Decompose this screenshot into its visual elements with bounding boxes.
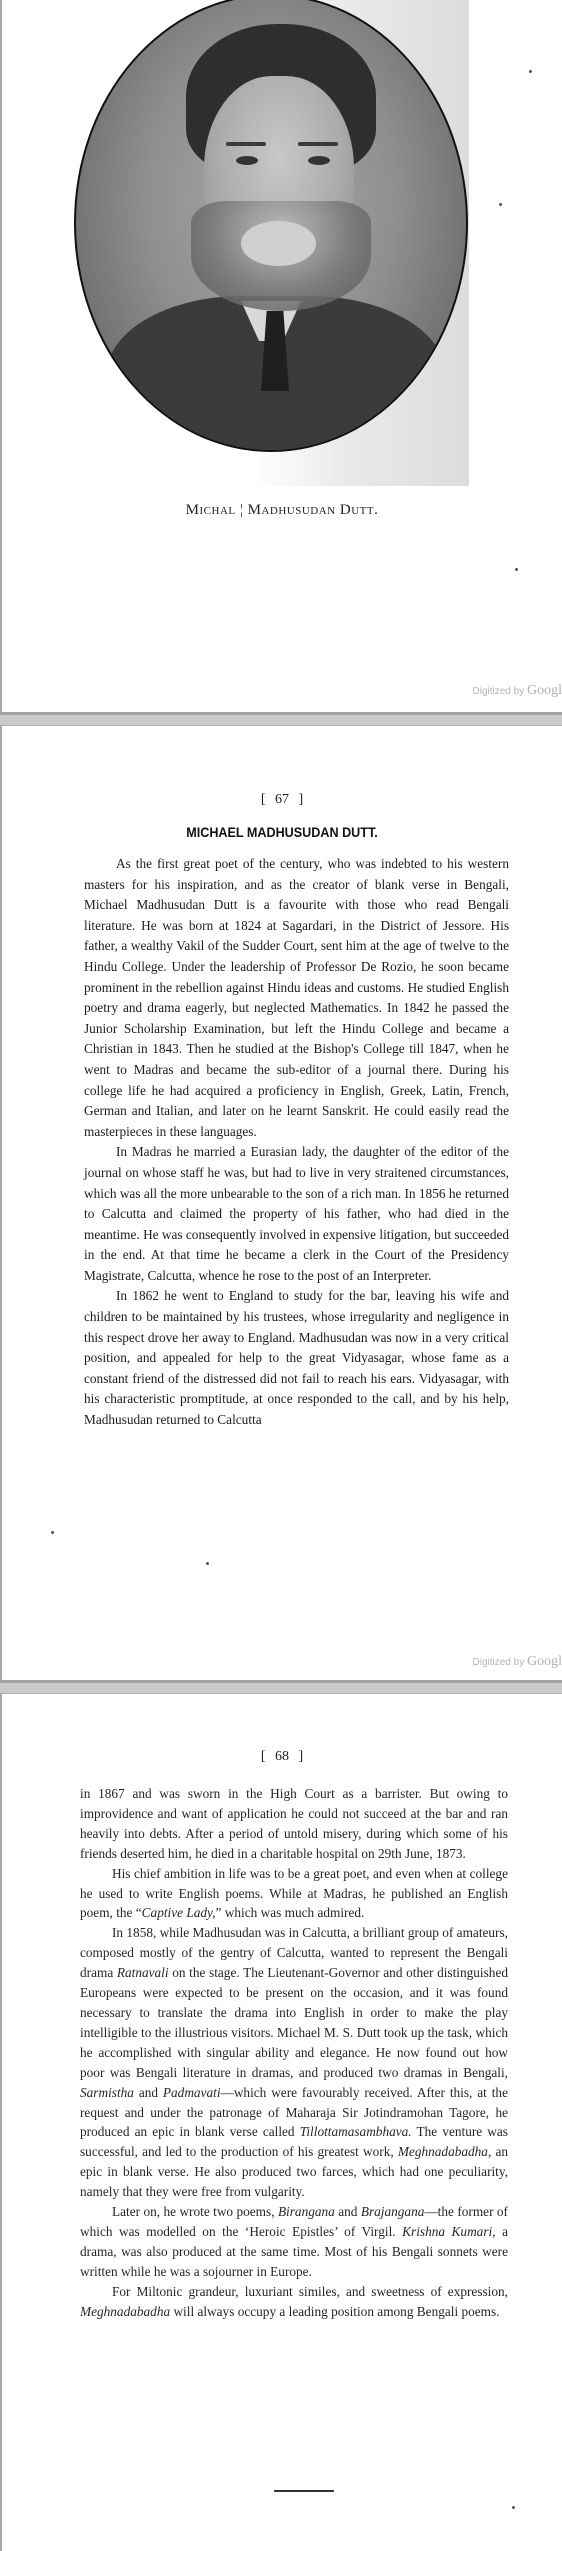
text-span: on the stage. The Lieutenant-Governor an… [80,1965,508,2080]
page-number: [ 67 ] [2,792,562,808]
watermark-brand: Googl [527,683,562,698]
work-title: Meghnadabadha, [398,2144,491,2159]
work-title: Meghnadabadha [80,2304,170,2319]
text-span: and [134,2085,163,2100]
portrait-image [74,0,468,452]
work-title: Tillottamasambhava. [300,2124,412,2139]
digitized-watermark: Digitized by Googl [473,683,562,699]
paragraph: In 1862 he went to England to study for … [84,1286,509,1430]
portrait-eye-left [236,156,258,165]
scan-speck [529,70,532,73]
work-title: Padmavati [163,2085,221,2100]
scan-speck [515,568,518,571]
work-title: Sarmistha [80,2085,134,2100]
work-title: Krishna Kumari, [402,2224,495,2239]
portrait-mouth [241,221,316,266]
work-title: Birangana [278,2204,335,2219]
work-title: Captive Lady, [142,1905,216,1920]
portrait-caption: Michal ¦ Madhusudan Dutt. [2,502,562,519]
body-text: in 1867 and was sworn in the High Court … [80,1784,508,2321]
page-separator [0,712,562,726]
end-rule [274,2490,334,2492]
paragraph: As the first great poet of the century, … [84,854,509,1142]
scan-speck [512,2506,515,2509]
page-68: [ 68 ] in 1867 and was sworn in the High… [0,1694,562,2551]
scan-speck [499,203,502,206]
digitized-watermark: Digitized by Googl [473,1654,562,1670]
work-title: Brajangana [361,2204,425,2219]
text-span: For Miltonic grandeur, luxuriant similes… [112,2284,508,2299]
work-title: Ratnavali [117,1965,169,1980]
watermark-brand: Googl [527,1654,562,1669]
text-span: will always occupy a leading position am… [170,2304,499,2319]
text-span: Later on, he wrote two poems, [112,2204,278,2219]
portrait-brow-left [226,142,266,146]
scan-speck [206,1562,209,1565]
text-span: and [335,2204,361,2219]
portrait-brow-right [298,142,338,146]
watermark-prefix: Digitized by [473,1657,525,1668]
paragraph: in 1867 and was sworn in the High Court … [80,1784,508,1864]
watermark-prefix: Digitized by [473,686,525,697]
paragraph: In 1858, while Madhusudan was in Calcutt… [80,1923,508,2202]
paragraph: His chief ambition in life was to be a g… [80,1864,508,1924]
page-number: [ 68 ] [2,1749,562,1765]
portrait-eye-right [308,156,330,165]
paragraph: In Madras he married a Eurasian lady, th… [84,1142,509,1286]
page-separator [0,1680,562,1694]
scan-speck [51,1531,54,1534]
body-text: As the first great poet of the century, … [84,854,509,1431]
paragraph: For Miltonic grandeur, luxuriant similes… [80,2282,508,2322]
page-67: [ 67 ] MICHAEL MADHUSUDAN DUTT. As the f… [0,726,562,1680]
text-span: ” which was much admired. [216,1905,365,1920]
page-plate: Michal ¦ Madhusudan Dutt. Digitized by G… [0,0,562,712]
paragraph: Later on, he wrote two poems, Birangana … [80,2202,508,2282]
page-title: MICHAEL MADHUSUDAN DUTT. [30,824,534,840]
